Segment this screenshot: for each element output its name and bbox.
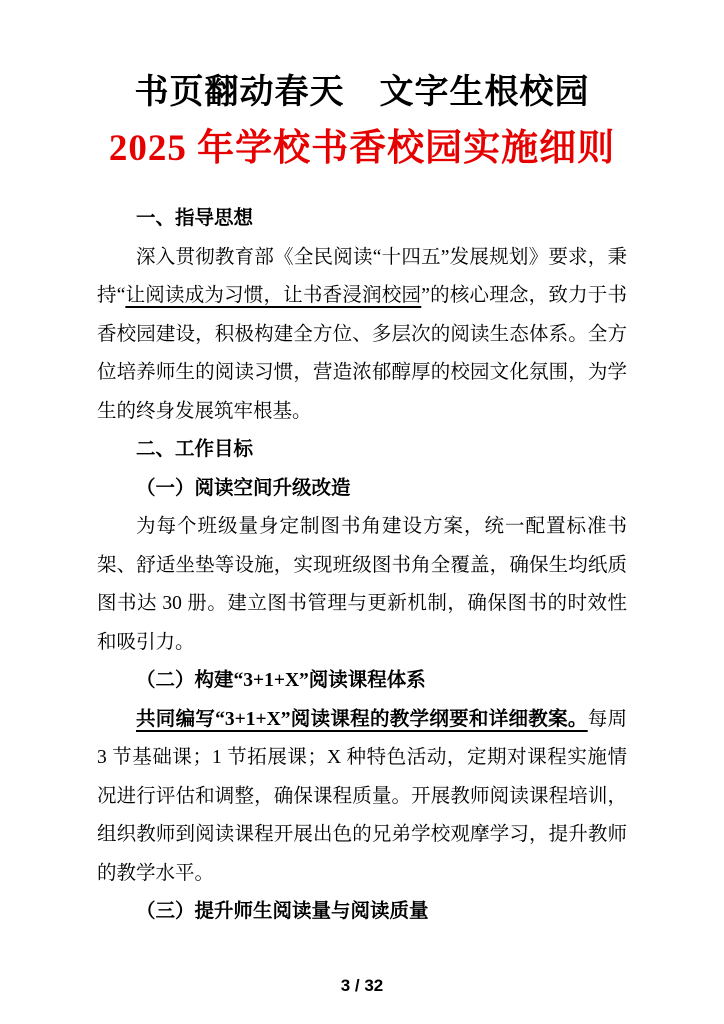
document-content: 一、指导思想 深入贯彻教育部《全民阅读“十四五”发展规划》要求，秉持“让阅读成为…	[97, 200, 627, 932]
paragraph-3-rest: 每周 3 节基础课；1 节拓展课；X 种特色活动，定期对课程实施情况进行评估和调…	[97, 709, 627, 884]
section-heading-1: 一、指导思想	[97, 200, 627, 239]
paragraph-3-underlined-sentence: 共同编写“3+1+X”阅读课程的教学纲要和详细教案。	[136, 709, 588, 730]
subsection-heading-2-2: （二）构建“3+1+X”阅读课程体系	[97, 662, 627, 701]
paragraph-1-underlined-phrase: 让阅读成为习惯，让书香浸润校园	[125, 285, 421, 306]
subsection-heading-2-3: （三）提升师生阅读量与阅读质量	[97, 893, 627, 932]
document-title-line2: 2025 年学校书香校园实施细则	[97, 126, 627, 172]
page-number: 3 / 32	[0, 976, 724, 996]
section-heading-2: 二、工作目标	[97, 431, 627, 470]
document-title-line1: 书页翻动春天 文字生根校园	[97, 72, 627, 114]
document-body: 书页翻动春天 文字生根校园 2025 年学校书香校园实施细则 一、指导思想 深入…	[0, 0, 724, 932]
paragraph-2: 为每个班级量身定制图书角建设方案，统一配置标准书架、舒适坐垫等设施，实现班级图书…	[97, 508, 627, 662]
paragraph-3: 共同编写“3+1+X”阅读课程的教学纲要和详细教案。每周 3 节基础课；1 节拓…	[97, 701, 627, 894]
paragraph-1: 深入贯彻教育部《全民阅读“十四五”发展规划》要求，秉持“让阅读成为习惯，让书香浸…	[97, 239, 627, 432]
subsection-heading-2-1: （一）阅读空间升级改造	[97, 470, 627, 509]
document-page: 书页翻动春天 文字生根校园 2025 年学校书香校园实施细则 一、指导思想 深入…	[0, 0, 724, 1024]
